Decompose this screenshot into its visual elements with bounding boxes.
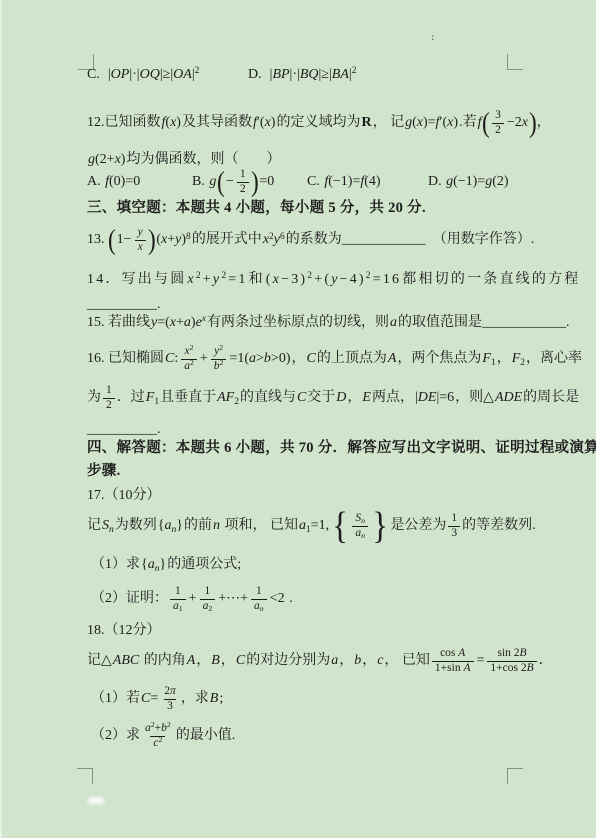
text-run: 两点， [372,389,414,407]
fraction-numerator: x2 [182,345,197,358]
text-run: .若 [459,114,477,132]
math-fraction: Snan [352,512,368,539]
question-17-header: 17.（10分） [87,487,161,505]
text-run: 18.（12分） [87,622,161,640]
text-run: 的最小值. [176,727,236,745]
math-run: −2x [506,114,529,132]
text-run: C. [87,66,107,84]
text-run: ， [221,652,235,670]
text-run: 和 [249,271,265,289]
fraction-denominator: 1+sin A [432,661,474,675]
text-run: （1）若 [91,690,140,708]
q11-option-c: C. |OP|·|OQ|≥|OA|2 [87,66,200,84]
fraction-denominator: 3 [164,699,176,713]
math-run: C: [164,350,179,368]
big-paren: ( [108,226,116,255]
math-run: =0 [258,173,275,191]
math-fraction: x2a2 [181,345,197,372]
question-18-part-2: （2）求a2+b2c2的最小值. [91,715,235,757]
math-fraction: 12 [237,168,249,195]
math-run: A [387,350,398,368]
math-run: +⋯+ [217,590,249,608]
math-run: B [210,652,221,670]
question-14-blank: __________. [87,296,161,314]
text-run: 15. 若曲线 [87,314,150,332]
math-run: f(−1)=f(4) [323,173,381,191]
text-run: 的周长是 [523,389,579,407]
big-paren: ( [482,109,490,138]
math-run: C= [140,690,159,708]
fraction-numerator: y2 [211,345,226,358]
margin-corner-mark-bottom-left [77,768,93,784]
math-run: a1=1, [298,517,330,535]
math-run: c [376,652,384,670]
math-fraction: 32 [492,109,504,136]
q11-option-d: D. |BP|·|BQ|≥|BA|2 [248,66,357,84]
math-fraction: cos A1+sin A [432,647,474,674]
math-fraction: y2b2 [211,345,227,372]
text-run: . [286,590,293,608]
fraction-denominator: 2 [103,398,115,412]
math-fraction: yx [135,226,146,253]
question-13: 13. (1−yx)(x+y)8的展开式中x2y6的系数为___________… [87,221,534,259]
text-run: A. [87,173,104,191]
text-run: 四、解答题：本题共 6 小题，共 70 分．解答应写出文字说明、证明过程或演算 [87,439,596,457]
math-run: + [188,590,198,608]
math-run: f′(x) [252,114,277,132]
text-run: 14．写出与圆 [87,271,186,289]
text-run: ， [339,652,353,670]
text-run: （2）证明： [91,590,168,608]
text-run: 是公差为 [390,517,446,535]
text-run: ． [539,652,553,670]
question-17-part-2: （2）证明：1a1+1a2+⋯+1an<2 . [91,579,293,619]
math-run: f(x) [161,114,182,132]
math-run: b [353,652,362,670]
fraction-numerator: 1 [172,585,184,598]
text-run: ， [347,389,361,407]
section-3-heading: 三、填空题：本题共 4 小题，每小题 5 分，共 20 分. [87,199,426,217]
big-brace: } [372,507,388,545]
text-run: 有两条过坐标原点的切线，则 [207,314,389,332]
text-run: 的系数为____________ （用数字作答）. [286,231,535,249]
text-run: （2）求 [91,727,140,745]
question-18-header: 18.（12分） [87,622,161,640]
text-run: __________. [87,296,161,314]
text-run: ; [219,690,223,708]
question-16-blank: __________. [87,421,161,439]
q12-option-d: D. g(−1)=g(2) [428,162,510,202]
math-run: B [209,690,220,708]
fraction-denominator: a1 [170,599,186,613]
screen-left-edge [0,0,2,838]
math-run: |BP|·|BQ|≥|BA|2 [269,66,358,84]
text-run: D. [248,66,269,84]
text-run: ， 已知 [384,652,430,670]
text-run: B. [192,173,208,191]
math-run: 1− [116,231,133,249]
fraction-denominator: 2 [492,123,504,137]
whiteout-smudge [88,797,104,804]
math-run: Sn [101,517,115,535]
text-run: C. [307,173,323,191]
math-run: F1 [481,350,496,368]
question-17-part-1: （1）求{an}的通项公式; [91,556,241,574]
text-run: __________. [87,421,161,439]
text-run: 的内角 [140,652,186,670]
fraction-denominator: c2 [150,736,165,750]
math-fraction: 1a1 [170,585,186,612]
text-run: 17.（10分） [87,487,161,505]
math-run: |DE|=6 [414,389,455,407]
math-run: F2 [511,350,526,368]
question-18-part-1: （1）若C=2π3，求B; [91,679,223,719]
math-run: y=(x+a)ex [150,314,207,332]
math-run: E [361,389,372,407]
q12-option-a: A. f(0)=0 [87,162,141,202]
text-run: 的前 [184,517,212,535]
math-run: = [476,652,486,670]
fraction-numerator: sin 2B [494,647,529,660]
text-run: ， [537,114,551,132]
text-run: 的定义域均为 [276,114,360,132]
math-run: x2y6 [262,231,286,249]
math-run: x2+y2=1 [186,271,248,289]
text-run: 记△ [87,652,112,670]
math-fraction: 1an [251,585,267,612]
big-paren: ) [251,168,259,197]
math-fraction: 1a2 [200,585,216,612]
exam-document-page: : C. |OP|·|OQ|≥|OA|2 D. |BP|·|BQ|≥|BA|2 … [0,0,596,838]
math-run: {an} [140,556,167,574]
math-run: C [305,350,316,368]
math-fraction: 2π3 [161,685,179,712]
math-run: − [225,173,235,191]
section-4-heading-line-2: 步骤. [87,462,121,480]
math-fraction: a2+b2c2 [142,722,174,749]
text-run: ， [497,350,511,368]
fraction-denominator: 1+cos 2B [487,661,536,675]
text-run: ， [196,652,210,670]
math-run: g(−1)=g(2) [445,173,509,191]
math-run: F1 [145,389,160,407]
text-run: ， 记 [373,114,405,132]
math-run: (x+y)8 [155,231,191,249]
fraction-numerator: a2+b2 [142,722,174,735]
math-fraction: sin 2B1+cos 2B [487,647,536,674]
math-run: + [199,350,209,368]
fraction-numerator: 1 [237,168,249,181]
text-run: ，两个焦点为 [397,350,481,368]
text-run: 的上顶点为 [317,350,387,368]
math-run: C [235,652,246,670]
math-run: AF2 [216,389,240,407]
text-run: 的直线与 [240,389,296,407]
fraction-numerator: 1 [103,384,115,397]
bold-symbol: R [360,114,372,132]
fraction-denominator: x [135,240,146,254]
fraction-numerator: 1 [448,512,460,525]
text-run: ，求 [181,690,209,708]
fraction-numerator: 1 [202,585,214,598]
text-run: （1）求 [91,556,140,574]
margin-corner-mark-top-right [507,54,523,70]
question-12-line-1: 12.已知函数f(x)及其导函数f′(x)的定义域均为R， 记g(x)=f′(x… [87,100,551,146]
text-run: D. [428,173,445,191]
math-run: ADE [494,389,523,407]
text-run: ， [291,350,305,368]
math-run: ABC [112,652,140,670]
math-fraction: 13 [448,512,460,539]
text-run: 的通项公式; [167,556,241,574]
text-run: 为数列 [115,517,157,535]
fraction-numerator: 3 [492,109,504,122]
text-run: 记 [87,517,101,535]
fraction-numerator: cos A [437,647,468,660]
q12-option-b: B. g(−12)=0 [192,162,275,202]
q12-option-c: C. f(−1)=f(4) [307,162,382,202]
fraction-denominator: a2 [200,599,216,613]
text-run: 步骤. [87,462,121,480]
math-run: a [330,652,339,670]
fraction-denominator: 3 [448,526,460,540]
text-run: 的对边分别为 [246,652,330,670]
fraction-denominator: b2 [211,359,227,373]
fraction-numerator: 2π [161,685,179,698]
question-18-body: 记△ABC 的内角A，B，C的对边分别为a，b，c， 已知cos A1+sin … [87,640,553,682]
margin-corner-mark-bottom-right [507,768,523,784]
text-run: 且垂直于 [160,389,216,407]
section-4-heading-line-1: 四、解答题：本题共 6 小题，共 70 分．解答应写出文字说明、证明过程或演算 [87,439,596,457]
text-run: 三、填空题：本题共 4 小题，每小题 5 分，共 20 分. [87,199,426,217]
text-run: 的取值范围是____________. [398,314,570,332]
math-run: a [389,314,398,332]
math-run: D [335,389,347,407]
math-run: C [296,389,307,407]
text-run: 及其导函数 [182,114,252,132]
question-16-line-2: 为12．过F1且垂直于AF2的直线与C交于D，E两点，|DE|=6，则△ADE的… [87,378,579,418]
math-run: n [212,517,221,535]
text-run: ，则△ [455,389,494,407]
text-run: ， [362,652,376,670]
fraction-denominator: an [352,526,368,540]
math-run: |OP|·|OQ|≥|OA|2 [107,66,201,84]
math-run: f(0)=0 [104,173,141,191]
math-fraction: 12 [103,384,115,411]
big-paren: ) [529,109,537,138]
text-run: 12.已知函数 [87,114,161,132]
text-run: 为 [87,389,101,407]
math-run: (x−3)2+(y−4)2=16 [265,271,402,289]
fraction-numerator: 1 [253,585,265,598]
fraction-denominator: a2 [181,359,197,373]
fraction-denominator: 2 [237,182,249,196]
question-15: 15. 若曲线y=(x+a)ex有两条过坐标原点的切线，则a的取值范围是____… [87,314,570,332]
fraction-numerator: y [135,226,146,239]
big-paren: ) [148,226,156,255]
math-run: A [186,652,197,670]
text-run: ．过 [117,389,145,407]
math-run: g(x)=f′(x) [404,114,459,132]
math-run: <2 [269,590,286,608]
question-17-body: 记Sn为数列{an}的前n 项和， 已知a1=1,{Snan}是公差为13的等差… [87,503,536,549]
text-run: 都相切的一条直线的方程 [402,271,580,289]
question-16-line-1: 16. 已知椭圆C:x2a2+y2b2=1(a>b>0)，C的上顶点为A，两个焦… [87,338,582,380]
text-run: 16. 已知椭圆 [87,350,164,368]
fraction-denominator: an [251,599,267,613]
text-run: ，离心率 [526,350,582,368]
print-speck: : [430,33,435,43]
text-run: 项和， 已知 [221,517,298,535]
text-run: 的等差数列. [462,517,536,535]
math-run: =1(a>b>0) [228,350,291,368]
math-run: {an} [157,517,184,535]
text-run: 的展开式中 [192,231,262,249]
question-14-line-1: 14．写出与圆x2+y2=1和(x−3)2+(y−4)2=16都相切的一条直线的… [87,271,580,289]
fraction-numerator: Sn [352,512,368,525]
text-run: 交于 [307,389,335,407]
big-paren: ( [217,168,225,197]
big-brace: { [333,507,349,545]
text-run: 13. [87,231,108,249]
